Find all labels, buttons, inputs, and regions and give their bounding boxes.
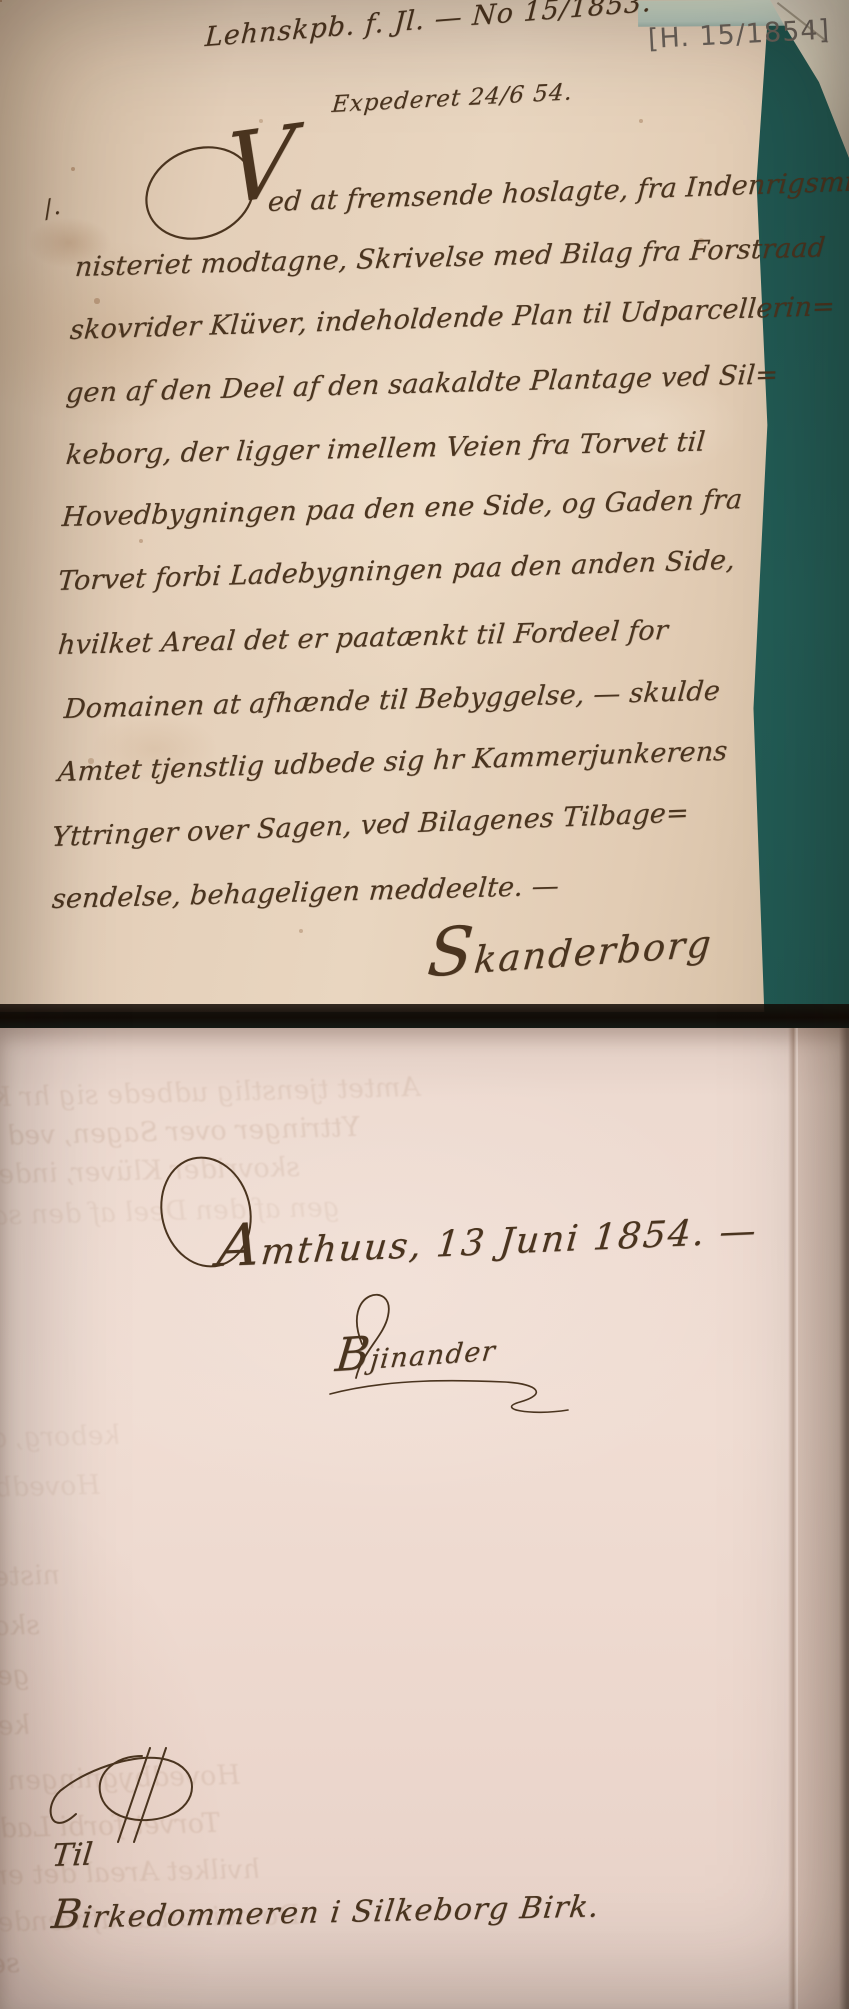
page2-edge-shadow — [798, 1028, 849, 2009]
address-to-label: Til — [50, 1837, 94, 1875]
page2-crease — [788, 1028, 798, 2009]
photographed-letter: Lehnskpb. f. Jl. — No 15/1853. [H. 15/18… — [0, 0, 849, 2009]
paper-stains — [0, 0, 2, 2]
